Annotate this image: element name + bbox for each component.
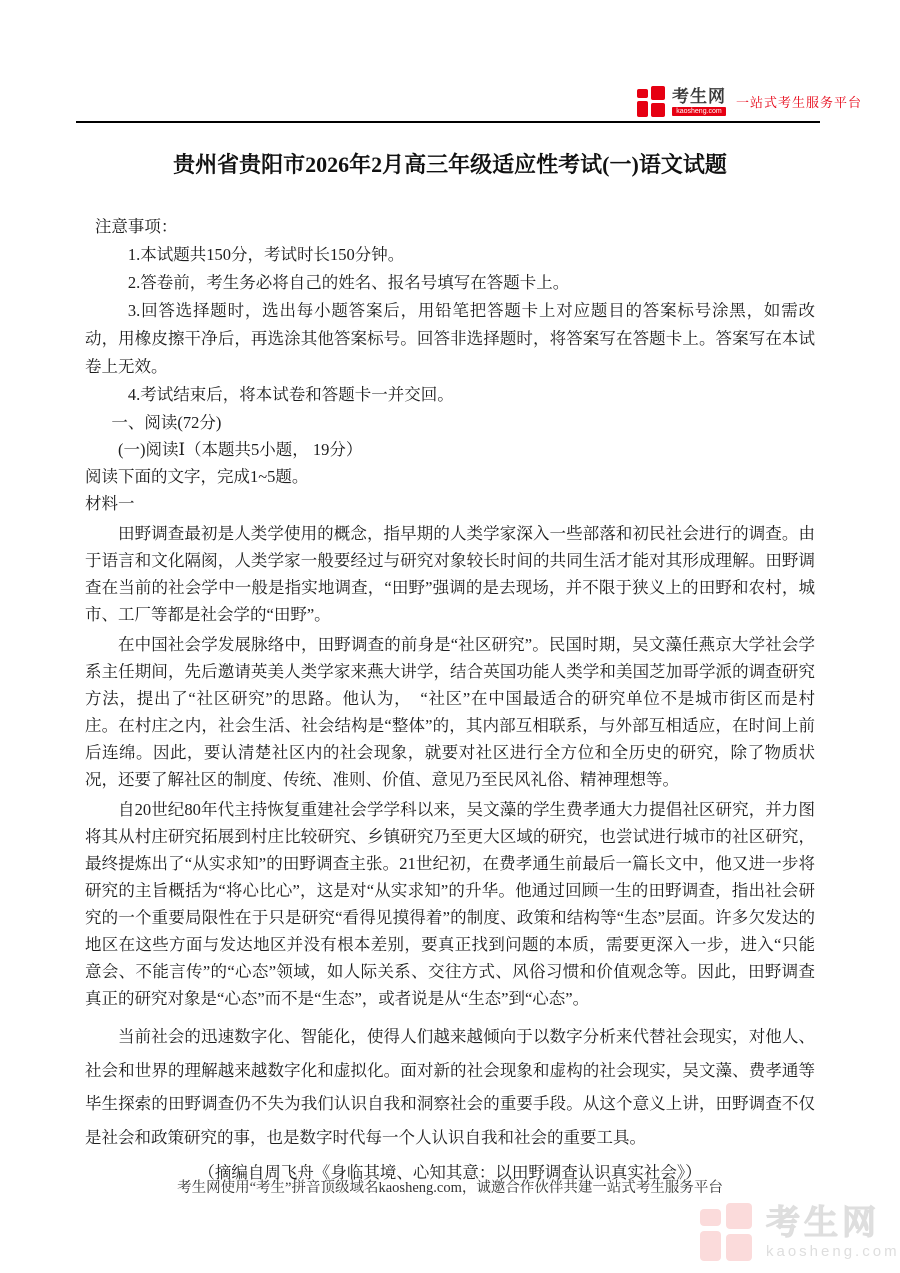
reading-instruction: 阅读下面的文字，完成1~5题。 — [85, 463, 815, 490]
brand-name: 考生网 — [672, 88, 726, 105]
reading-section: 一、阅读(72分) (一)阅读Ⅰ（本题共5小题， 19分） 阅读下面的文字，完成… — [85, 409, 815, 1186]
notice-heading: 注意事项： — [85, 213, 815, 241]
watermark-domain: kaosheng.com — [766, 1244, 900, 1259]
logo-block — [637, 89, 648, 98]
logo-block — [651, 86, 665, 100]
notice-item-3: 3.回答选择题时，选出每小题答案后，用铅笔把答题卡上对应题目的答案标号涂黑，如需… — [85, 297, 815, 381]
kaosheng-logo: 考生网 kaosheng.com — [637, 86, 726, 117]
kaosheng-watermark: 考生网 kaosheng.com — [700, 1203, 900, 1261]
watermark-block — [726, 1203, 752, 1229]
logo-block — [637, 101, 648, 117]
material-paragraph-1: 田野调查最初是人类学使用的概念，指早期的人类学家深入一些部落和初民社会进行的调查… — [85, 520, 815, 628]
section-heading: 一、阅读(72分) — [85, 409, 815, 436]
kaosheng-watermark-icon — [700, 1203, 756, 1261]
material-paragraph-3: 自20世纪80年代主持恢复重建社会学学科以来，吴文藻的学生费孝通大力提倡社区研究… — [85, 796, 815, 1012]
watermark-block — [700, 1209, 721, 1226]
watermark-block — [700, 1231, 721, 1261]
notice-item-1: 1.本试题共150分，考试时长150分钟。 — [85, 241, 815, 269]
document-body: 贵州省贵阳市2026年2月高三年级适应性考试(一)语文试题 注意事项： 1.本试… — [85, 140, 815, 1186]
watermark-block — [726, 1234, 752, 1261]
notice-item-2: 2.答卷前，考生务必将自己的姓名、报名号填写在答题卡上。 — [85, 269, 815, 297]
notice-section: 注意事项： 1.本试题共150分，考试时长150分钟。 2.答卷前，考生务必将自… — [85, 213, 815, 409]
exam-paper-page: 考生网 kaosheng.com 一站式考生服务平台 贵州省贵阳市2026年2月… — [0, 0, 900, 1273]
kaosheng-logo-icon — [637, 86, 667, 117]
site-header: 考生网 kaosheng.com 一站式考生服务平台 — [637, 86, 862, 117]
watermark-brand: 考生网 — [766, 1206, 900, 1240]
exam-title: 贵州省贵阳市2026年2月高三年级适应性考试(一)语文试题 — [85, 140, 815, 179]
logo-block — [651, 103, 665, 117]
subsection-heading: (一)阅读Ⅰ（本题共5小题， 19分） — [85, 436, 815, 463]
header-divider — [76, 121, 820, 123]
footer-note: 考生网使用“考生”拼音顶级域名kaosheng.com，诚邀合作伙伴共建一站式考… — [0, 1176, 900, 1197]
brand-domain: kaosheng.com — [672, 107, 726, 116]
brand-tagline: 一站式考生服务平台 — [736, 92, 862, 111]
material-paragraph-2: 在中国社会学发展脉络中，田野调查的前身是“社区研究”。民国时期，吴文藻任燕京大学… — [85, 631, 815, 793]
logo-text: 考生网 kaosheng.com — [672, 88, 726, 116]
material-label: 材料一 — [85, 490, 815, 517]
material-paragraph-4: 当前社会的迅速数字化、智能化，使得人们越来越倾向于以数字分析来代替社会现实，对他… — [85, 1020, 815, 1154]
watermark-text: 考生网 kaosheng.com — [766, 1206, 900, 1259]
notice-item-4: 4.考试结束后，将本试卷和答题卡一并交回。 — [85, 381, 815, 409]
